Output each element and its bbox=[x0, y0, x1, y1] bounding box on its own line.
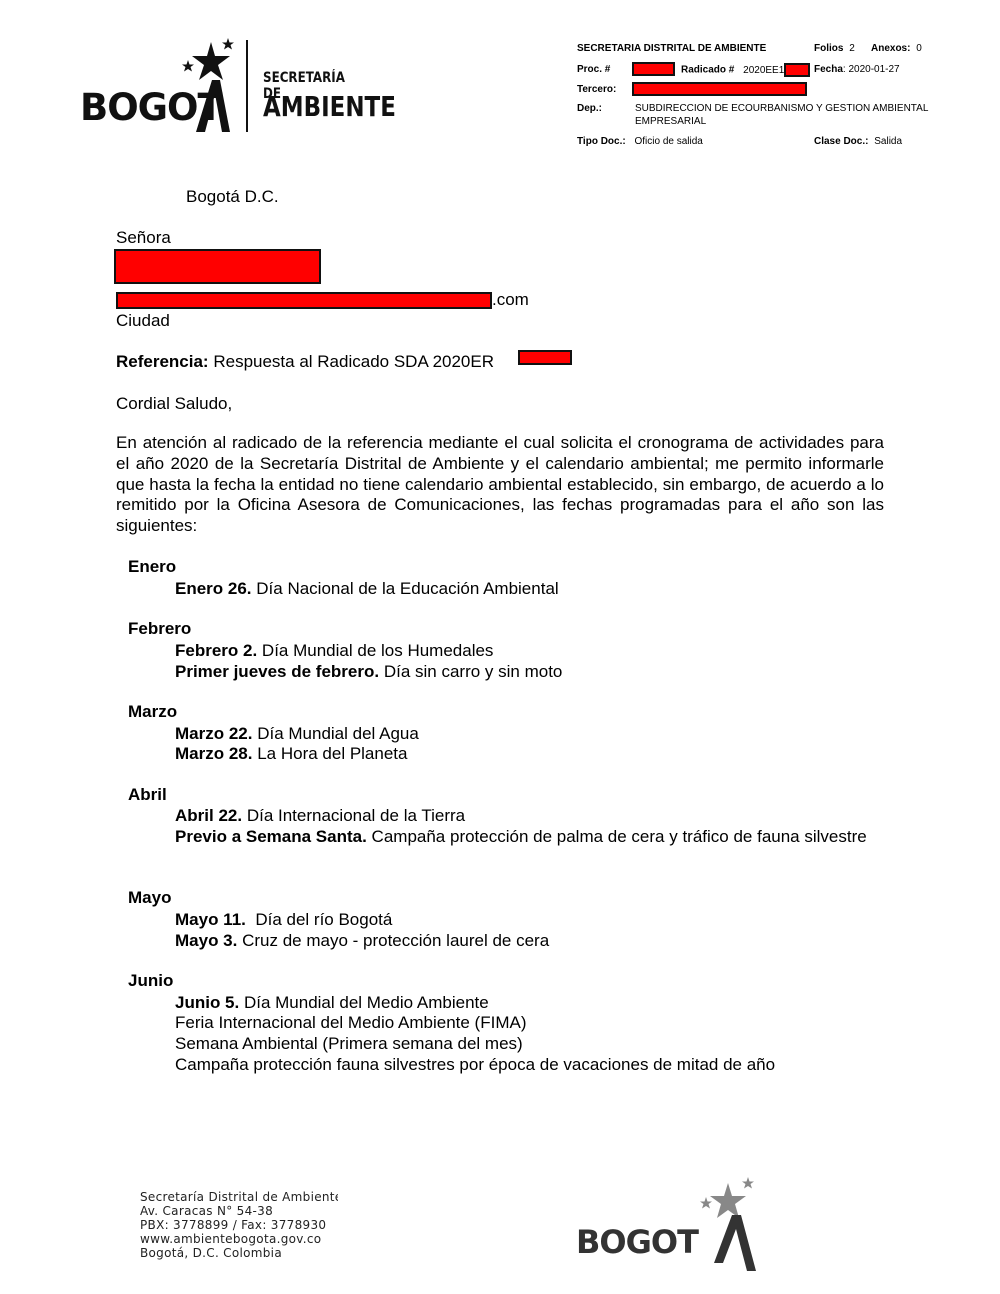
calendar-event-description: Día Nacional de la Educación Ambiental bbox=[252, 579, 559, 598]
footer-address-line: Bogotá, D.C. Colombia bbox=[140, 1246, 338, 1260]
proc-label: Proc. # bbox=[577, 64, 610, 75]
calendar-event-description: Día Mundial de los Humedales bbox=[257, 641, 493, 660]
fecha-value: : 2020-01-27 bbox=[843, 64, 900, 75]
radicado-value: 2020EE1 bbox=[743, 65, 784, 76]
radicado-label: Radicado # bbox=[681, 65, 734, 76]
folios-value: 2 bbox=[849, 43, 855, 54]
redacted-recipient-name bbox=[114, 249, 321, 284]
footer-address-line: PBX: 3778899 / Fax: 3778930 bbox=[140, 1218, 338, 1232]
calendar-event-description: Campaña protección fauna silvestres por … bbox=[175, 1055, 775, 1074]
recipient-title: Señora bbox=[116, 227, 171, 248]
calendar-event: Feria Internacional del Medio Ambiente (… bbox=[175, 1012, 527, 1033]
calendar-event-description: Campaña protección de palma de cera y tr… bbox=[367, 827, 867, 846]
calendar-event: Previo a Semana Santa. Campaña protecció… bbox=[175, 826, 884, 847]
calendar-event: Marzo 22. Día Mundial del Agua bbox=[175, 723, 419, 744]
calendar-event-date: Previo a Semana Santa. bbox=[175, 827, 367, 846]
fecha-label: Fecha bbox=[814, 64, 843, 75]
calendar-event: Marzo 28. La Hora del Planeta bbox=[175, 743, 407, 764]
calendar-month-heading: Abril bbox=[128, 785, 167, 805]
footer-address-line: www.ambientebogota.gov.co bbox=[140, 1232, 338, 1246]
calendar-month-heading: Junio bbox=[128, 971, 173, 991]
calendar-event: Enero 26. Día Nacional de la Educación A… bbox=[175, 578, 559, 599]
reference-text: Respuesta al Radicado SDA 2020ER bbox=[209, 352, 494, 371]
calendar-event-description: Cruz de mayo - protección laurel de cera bbox=[237, 931, 549, 950]
dep-label: Dep.: bbox=[577, 103, 602, 114]
calendar-event: Mayo 3. Cruz de mayo - protección laurel… bbox=[175, 930, 549, 951]
letter-place: Bogotá D.C. bbox=[186, 186, 279, 207]
calendar-event-date: Primer jueves de febrero. bbox=[175, 662, 379, 681]
clase-doc-value: Salida bbox=[874, 136, 902, 147]
calendar-month-heading: Febrero bbox=[128, 619, 191, 639]
footer-address: Secretaría Distrital de Ambiente Av. Car… bbox=[140, 1190, 338, 1260]
calendar-month-heading: Marzo bbox=[128, 702, 177, 722]
clase-doc-label: Clase Doc.: bbox=[814, 136, 868, 147]
anexos-value: 0 bbox=[916, 43, 922, 54]
calendar-event-date: Abril 22. bbox=[175, 806, 242, 825]
logo-secretaria-line2: AMBIENTE bbox=[263, 90, 396, 123]
redacted-tercero bbox=[632, 82, 807, 96]
entity-name: SECRETARIA DISTRITAL DE AMBIENTE bbox=[577, 43, 766, 54]
calendar-event-date: Junio 5. bbox=[175, 993, 239, 1012]
calendar-month-heading: Mayo bbox=[128, 888, 171, 908]
calendar-event-description: Día del río Bogotá bbox=[246, 910, 392, 929]
calendar-event-date: Marzo 28. bbox=[175, 744, 252, 763]
calendar-event-description: Día Mundial del Medio Ambiente bbox=[239, 993, 488, 1012]
secretaria-ambiente-logo: BOGOT SECRETARÍA DE AMBIENTE bbox=[78, 36, 378, 136]
calendar-event-description: Día Internacional de la Tierra bbox=[242, 806, 465, 825]
calendar-event: Abril 22. Día Internacional de la Tierra bbox=[175, 805, 465, 826]
tipo-doc-value: Oficio de salida bbox=[634, 136, 702, 147]
redacted-radicado-suffix bbox=[784, 63, 810, 77]
tercero-label: Tercero: bbox=[577, 84, 616, 95]
redacted-proc-number bbox=[632, 62, 675, 76]
letter-body: En atención al radicado de la referencia… bbox=[116, 433, 884, 537]
footer-logo-text: BOGOT bbox=[576, 1223, 698, 1261]
calendar-event: Primer jueves de febrero. Día sin carro … bbox=[175, 661, 562, 682]
calendar-event: Febrero 2. Día Mundial de los Humedales bbox=[175, 640, 493, 661]
calendar-event-date: Febrero 2. bbox=[175, 641, 257, 660]
tipo-doc-label: Tipo Doc.: bbox=[577, 136, 626, 147]
logo-a-glyph-icon bbox=[196, 80, 230, 132]
footer-address-line: Secretaría Distrital de Ambiente bbox=[140, 1190, 338, 1204]
reference-line: Referencia: Respuesta al Radicado SDA 20… bbox=[116, 351, 494, 372]
folios-label: Folios bbox=[814, 43, 843, 54]
footer-logo-a-glyph-icon bbox=[714, 1215, 756, 1271]
calendar-event-date: Mayo 11. bbox=[175, 910, 246, 929]
dep-value-line2: EMPRESARIAL bbox=[635, 115, 928, 128]
anexos-label: Anexos: bbox=[871, 43, 910, 54]
calendar-event-date: Enero 26. bbox=[175, 579, 252, 598]
footer-address-line: Av. Caracas N° 54-38 bbox=[140, 1204, 338, 1218]
calendar-event: Semana Ambiental (Primera semana del mes… bbox=[175, 1033, 523, 1054]
footer-bogota-logo: BOGOT bbox=[574, 1175, 764, 1275]
calendar-event-description: La Hora del Planeta bbox=[252, 744, 407, 763]
greeting: Cordial Saludo, bbox=[116, 393, 232, 414]
redacted-recipient-email bbox=[116, 292, 492, 309]
calendar-month-heading: Enero bbox=[128, 557, 176, 577]
dep-value-line1: SUBDIRECCION DE ECOURBANISMO Y GESTION A… bbox=[635, 102, 928, 115]
redacted-reference-number bbox=[518, 350, 572, 365]
calendar-event-description: Día sin carro y sin moto bbox=[379, 662, 562, 681]
calendar-event-date: Mayo 3. bbox=[175, 931, 237, 950]
reference-label: Referencia: bbox=[116, 352, 209, 371]
calendar-event: Mayo 11. Día del río Bogotá bbox=[175, 909, 392, 930]
calendar-event-description: Día Mundial del Agua bbox=[252, 724, 418, 743]
calendar-event-description: Feria Internacional del Medio Ambiente (… bbox=[175, 1013, 527, 1032]
calendar-event: Campaña protección fauna silvestres por … bbox=[175, 1054, 775, 1075]
recipient-city: Ciudad bbox=[116, 310, 170, 331]
logo-divider bbox=[246, 40, 248, 132]
calendar-event-description: Semana Ambiental (Primera semana del mes… bbox=[175, 1034, 523, 1053]
email-suffix: .com bbox=[492, 289, 529, 310]
calendar-event-date: Marzo 22. bbox=[175, 724, 252, 743]
calendar-event: Junio 5. Día Mundial del Medio Ambiente bbox=[175, 992, 489, 1013]
